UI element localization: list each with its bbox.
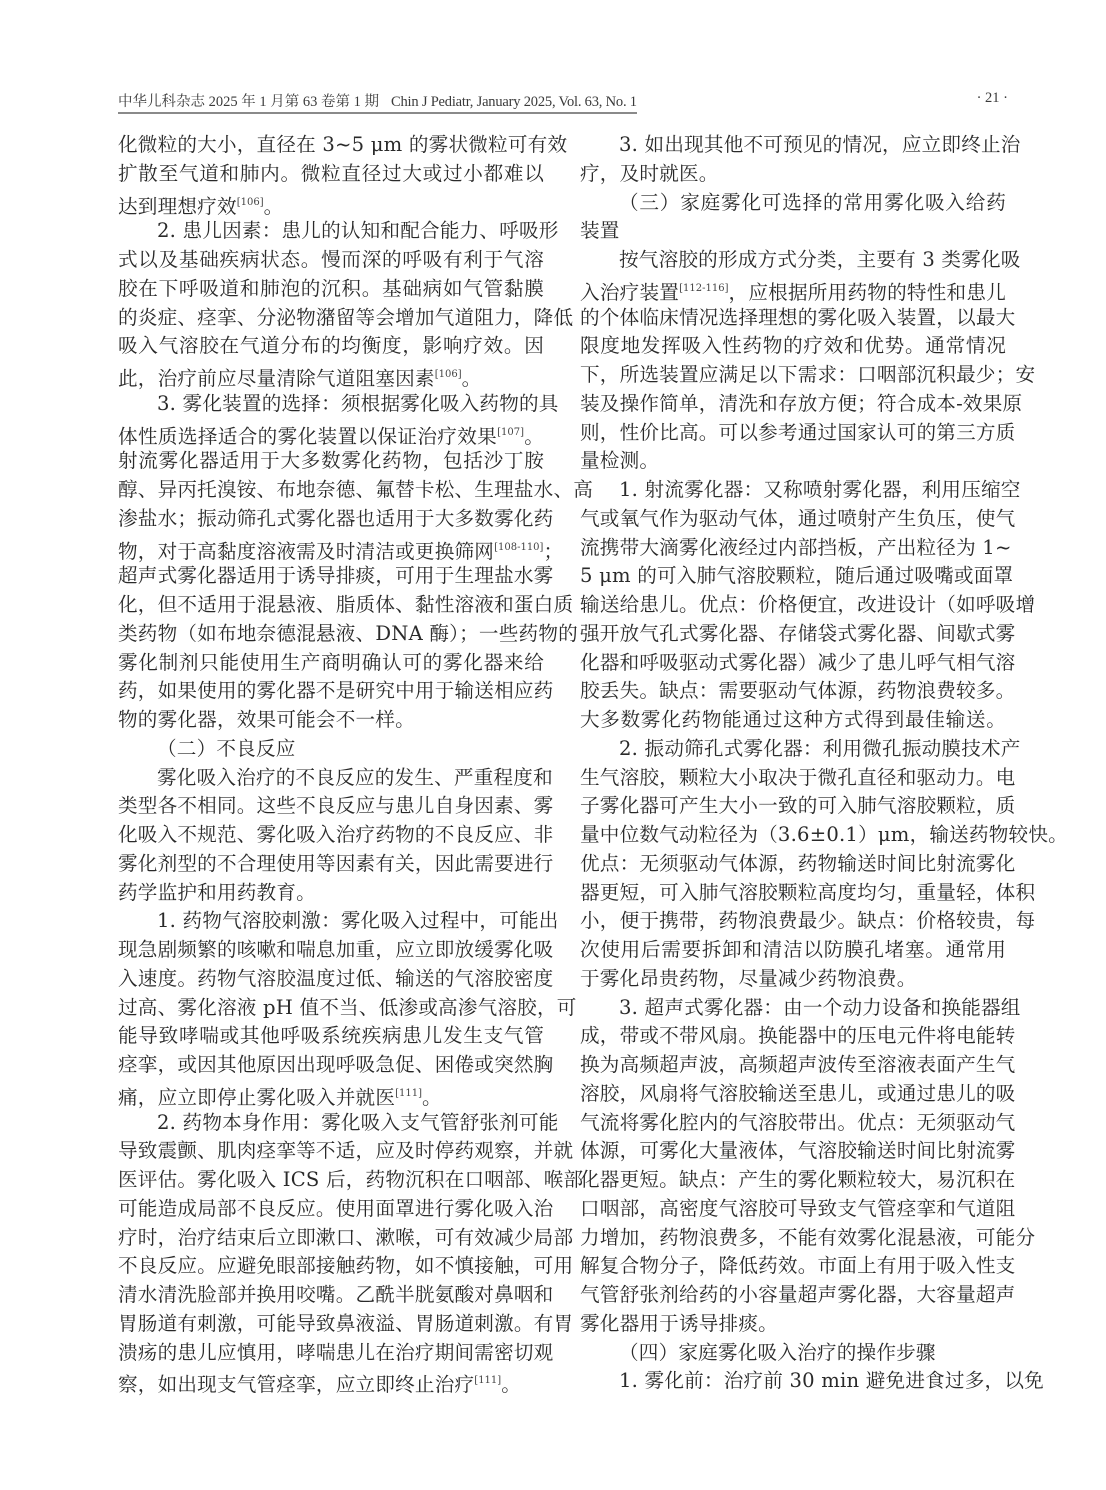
- text-line: 雾化吸入治疗的不良反应的发生、严重程度和: [118, 764, 544, 793]
- line-text: 现急剧频繁的咳嗽和喘息加重，应立即放缓雾化吸: [118, 938, 553, 961]
- line-text: 2. 振动筛孔式雾化器：利用微孔振动膜技术产: [619, 737, 1021, 760]
- line-text: 渗盐水；振动筛孔式雾化器也适用于大多数雾化药: [118, 507, 553, 530]
- line-text: 气流将雾化腔内的气溶胶带出。优点：无须驱动气: [580, 1111, 1015, 1134]
- line-text: 入治疗装置: [580, 281, 679, 304]
- text-line: 类型各不相同。这些不良反应与患儿自身因素、雾: [118, 792, 544, 821]
- line-text: 导致震颤、肌肉痉挛等不适，应及时停药观察，并就: [118, 1139, 573, 1162]
- text-line: 限度地发挥吸入性药物的疗效和优势。通常情况: [580, 332, 1006, 361]
- line-text: 察，如出现支气管痉挛，应立即终止治疗: [118, 1373, 474, 1396]
- text-line: 2. 振动筛孔式雾化器：利用微孔振动膜技术产: [580, 735, 1006, 764]
- text-line: 2. 药物本身作用：雾化吸入支气管舒张剂可能: [118, 1109, 544, 1138]
- text-line: （三）家庭雾化可选择的常用雾化吸入给药: [580, 189, 1006, 218]
- line-text: 溃疡的患儿应慎用，哮喘患儿在治疗期间需密切观: [118, 1341, 553, 1364]
- line-text: 的个体临床情况选择理想的雾化吸入装置，以最大: [580, 306, 1015, 329]
- text-line: 力增加，药物浪费多，不能有效雾化混悬液，可能分: [580, 1224, 1006, 1253]
- text-line: 气或氧气作为驱动气体，通过喷射产生负压，使气: [580, 505, 1006, 534]
- text-line: 器更短，可入肺气溶胶颗粒高度均匀，重量轻，体积: [580, 879, 1006, 908]
- running-header: 中华儿科杂志 2025 年 1 月第 63 卷第 1 期Chin J Pedia…: [118, 88, 1008, 112]
- line-text: 子雾化器可产生大小一致的可入肺气溶胶颗粒，质: [580, 794, 1015, 817]
- line-text: 类药物（如布地奈德混悬液、DNA 酶）；一些药物的: [118, 622, 578, 645]
- text-line: 化器和呼吸驱动式雾化器）减少了患儿呼气相气溶: [580, 649, 1006, 678]
- line-text-after-ref: 。: [462, 367, 482, 390]
- text-line: 吸入气溶胶在气道分布的均衡度，影响疗效。因: [118, 332, 544, 361]
- text-line: 3. 雾化装置的选择：须根据雾化吸入药物的具: [118, 390, 544, 419]
- text-line: 则，性价比高。可以参考通过国家认可的第三方质: [580, 419, 1006, 448]
- line-text: 装及操作简单，清洗和存放方便；符合成本-效果原: [580, 392, 1022, 415]
- line-text: 过高、雾化溶液 pH 值不当、低渗或高渗气溶胶，可: [118, 996, 577, 1019]
- line-text: 口咽部，高密度气溶胶可导致支气管痉挛和气道阻: [580, 1197, 1015, 1220]
- line-text: 物，对于高黏度溶液需及时清洁或更换筛网: [118, 540, 494, 563]
- line-text: 优点：无须驱动气体源，药物输送时间比射流雾化: [580, 852, 1015, 875]
- line-text: 次使用后需要拆卸和清洁以防膜孔堵塞。通常用: [580, 938, 1006, 961]
- text-line: 装及操作简单，清洗和存放方便；符合成本-效果原: [580, 390, 1006, 419]
- text-line: 物，对于高黏度溶液需及时清洁或更换筛网[108-110]；: [118, 534, 544, 563]
- text-line: 次使用后需要拆卸和清洁以防膜孔堵塞。通常用: [580, 936, 1006, 965]
- line-text: 解复合物分子，降低药效。市面上有用于吸入性支: [580, 1254, 1015, 1277]
- text-line: 药，如果使用的雾化器不是研究中用于输送相应药: [118, 677, 544, 706]
- text-line: 现急剧频繁的咳嗽和喘息加重，应立即放缓雾化吸: [118, 936, 544, 965]
- citation-ref: [111]: [474, 1375, 501, 1386]
- text-line: 痉挛，或因其他原因出现呼吸急促、困倦或突然胸: [118, 1051, 544, 1080]
- text-line: 量检测。: [580, 447, 1006, 476]
- text-line: 输送给患儿。优点：价格便宜，改进设计（如呼吸增: [580, 591, 1006, 620]
- line-text: 力增加，药物浪费多，不能有效雾化混悬液，可能分: [580, 1226, 1035, 1249]
- line-text: 吸入气溶胶在气道分布的均衡度，影响疗效。因: [118, 334, 544, 357]
- line-text: 达到理想疗效: [118, 195, 237, 218]
- text-line: 小，便于携带，药物浪费最少。缺点：价格较贵，每: [580, 907, 1006, 936]
- line-text: 气或氧气作为驱动气体，通过喷射产生负压，使气: [580, 507, 1015, 530]
- line-text: 疗时，治疗结束后立即漱口、漱喉，可有效减少局部: [118, 1226, 573, 1249]
- text-line: 1. 雾化前：治疗前 30 min 避免进食过多，以免: [580, 1367, 1006, 1396]
- line-text: 输送给患儿。优点：价格便宜，改进设计（如呼吸增: [580, 593, 1035, 616]
- text-line: 溶胶，风扇将气溶胶输送至患儿，或通过患儿的吸: [580, 1080, 1006, 1109]
- line-text: 化吸入不规范、雾化吸入治疗药物的不良反应、非: [118, 823, 553, 846]
- text-line: 下，所选装置应满足以下需求：口咽部沉积最少；安: [580, 361, 1006, 390]
- line-text-after-ref: 。: [422, 1086, 442, 1109]
- line-text: 2. 患儿因素：患儿的认知和配合能力、呼吸形: [157, 219, 559, 242]
- citation-ref: [108-110]: [494, 542, 543, 553]
- line-text: 清水清洗脸部并换用咬嘴。乙酰半胱氨酸对鼻咽和: [118, 1283, 553, 1306]
- left-column: 化微粒的大小，直径在 3~5 μm 的雾状微粒可有效扩散至气道和肺内。微粒直径过…: [118, 131, 544, 1396]
- line-text: 可能造成局部不良反应。使用面罩进行雾化吸入治: [118, 1197, 553, 1220]
- text-line: 雾化剂型的不合理使用等因素有关，因此需要进行: [118, 850, 544, 879]
- text-line: 解复合物分子，降低药效。市面上有用于吸入性支: [580, 1252, 1006, 1281]
- text-line: 的炎症、痉挛、分泌物潴留等会增加气道阻力，降低: [118, 304, 544, 333]
- line-text: （三）家庭雾化可选择的常用雾化吸入给药: [619, 191, 1006, 214]
- text-line: 清水清洗脸部并换用咬嘴。乙酰半胱氨酸对鼻咽和: [118, 1281, 544, 1310]
- line-text: 换为高频超声波，高频超声波传至溶液表面产生气: [580, 1053, 1015, 1076]
- text-line: 雾化制剂只能使用生产商明确认可的雾化器来给: [118, 649, 544, 678]
- line-text: 入速度。药物气溶胶温度过低、输送的气溶胶密度: [118, 967, 553, 990]
- text-line: 不良反应。应避免眼部接触药物，如不慎接触，可用: [118, 1252, 544, 1281]
- text-line: 醇、异丙托溴铵、布地奈德、氟替卡松、生理盐水、高: [118, 476, 544, 505]
- text-line: 3. 如出现其他不可预见的情况，应立即终止治: [580, 131, 1006, 160]
- line-text: 痉挛，或因其他原因出现呼吸急促、困倦或突然胸: [118, 1053, 553, 1076]
- text-line: 体性质选择适合的雾化装置以保证治疗效果[107]。: [118, 419, 544, 448]
- line-text: 量检测。: [580, 449, 659, 472]
- line-text: 类型各不相同。这些不良反应与患儿自身因素、雾: [118, 794, 553, 817]
- text-line: 1. 药物气溶胶刺激：雾化吸入过程中，可能出: [118, 907, 544, 936]
- line-text: 超声式雾化器适用于诱导排痰，可用于生理盐水雾: [118, 564, 553, 587]
- line-text: 能导致哮喘或其他呼吸系统疾病患儿发生支气管: [118, 1024, 544, 1047]
- line-text: 物的雾化器，效果可能会不一样。: [118, 708, 415, 731]
- text-line: （四）家庭雾化吸入治疗的操作步骤: [580, 1339, 1006, 1368]
- text-line: 能导致哮喘或其他呼吸系统疾病患儿发生支气管: [118, 1022, 544, 1051]
- page-number: · 21 ·: [977, 90, 1008, 107]
- line-text: 器更短，可入肺气溶胶颗粒高度均匀，重量轻，体积: [580, 881, 1035, 904]
- line-text: 化微粒的大小，直径在 3~5 μm 的雾状微粒可有效: [118, 133, 567, 156]
- line-text: 化器更短。缺点：产生的雾化颗粒较大，易沉积在: [580, 1168, 1015, 1191]
- line-text: 药学监护和用药教育。: [118, 881, 316, 904]
- line-text: 则，性价比高。可以参考通过国家认可的第三方质: [580, 421, 1015, 444]
- line-text-after-ref: ，应根据所用药物的特性和患儿: [728, 281, 1006, 304]
- text-line: 导致震颤、肌肉痉挛等不适，应及时停药观察，并就: [118, 1137, 544, 1166]
- text-line: 的个体临床情况选择理想的雾化吸入装置，以最大: [580, 304, 1006, 333]
- line-text: 雾化吸入治疗的不良反应的发生、严重程度和: [157, 766, 553, 789]
- line-text: 胃肠道有刺激，可能导致鼻液溢、胃肠道刺激。有胃: [118, 1312, 573, 1335]
- line-text: 雾化制剂只能使用生产商明确认可的雾化器来给: [118, 651, 544, 674]
- journal-title-en: Chin J Pediatr, January 2025, Vol. 63, N…: [391, 94, 637, 110]
- text-line: 渗盐水；振动筛孔式雾化器也适用于大多数雾化药: [118, 505, 544, 534]
- line-text: 药，如果使用的雾化器不是研究中用于输送相应药: [118, 679, 553, 702]
- citation-ref: [107]: [497, 427, 524, 438]
- text-line: 医评估。雾化吸入 ICS 后，药物沉积在口咽部、喉部: [118, 1166, 544, 1195]
- text-line: 达到理想疗效[106]。: [118, 189, 544, 218]
- line-text-after-ref: ；: [543, 540, 563, 563]
- text-line: 优点：无须驱动气体源，药物输送时间比射流雾化: [580, 850, 1006, 879]
- text-line: 口咽部，高密度气溶胶可导致支气管痉挛和气道阻: [580, 1195, 1006, 1224]
- journal-citation: 中华儿科杂志 2025 年 1 月第 63 卷第 1 期Chin J Pedia…: [118, 90, 637, 114]
- text-line: （二）不良反应: [118, 735, 544, 764]
- citation-ref: [106]: [237, 197, 264, 208]
- line-text: 限度地发挥吸入性药物的疗效和优势。通常情况: [580, 334, 1006, 357]
- line-text: 小，便于携带，药物浪费最少。缺点：价格较贵，每: [580, 909, 1035, 932]
- line-text: 于雾化昂贵药物，尽量减少药物浪费。: [580, 967, 917, 990]
- text-line: 药学监护和用药教育。: [118, 879, 544, 908]
- citation-ref: [112-116]: [679, 283, 728, 294]
- citation-ref: [111]: [395, 1088, 422, 1099]
- text-line: 雾化器用于诱导排痰。: [580, 1310, 1006, 1339]
- line-text: 胶丢失。缺点：需要驱动气体源，药物浪费较多。: [580, 679, 1015, 702]
- line-text-after-ref: 。: [524, 425, 544, 448]
- line-text: 3. 雾化装置的选择：须根据雾化吸入药物的具: [157, 392, 559, 415]
- line-text: （四）家庭雾化吸入治疗的操作步骤: [619, 1341, 936, 1364]
- text-line: 生气溶胶，颗粒大小取决于微孔直径和驱动力。电: [580, 764, 1006, 793]
- line-text: 体性质选择适合的雾化装置以保证治疗效果: [118, 425, 497, 448]
- text-line: 2. 患儿因素：患儿的认知和配合能力、呼吸形: [118, 217, 544, 246]
- line-text: 化器和呼吸驱动式雾化器）减少了患儿呼气相气溶: [580, 651, 1015, 674]
- text-line: 胶在下呼吸道和肺泡的沉积。基础病如气管黏膜: [118, 275, 544, 304]
- text-line: 气流将雾化腔内的气溶胶带出。优点：无须驱动气: [580, 1109, 1006, 1138]
- text-line: 化微粒的大小，直径在 3~5 μm 的雾状微粒可有效: [118, 131, 544, 160]
- text-line: 可能造成局部不良反应。使用面罩进行雾化吸入治: [118, 1195, 544, 1224]
- text-line: 化吸入不规范、雾化吸入治疗药物的不良反应、非: [118, 821, 544, 850]
- line-text: 体源，可雾化大量液体，气溶胶输送时间比射流雾: [580, 1139, 1015, 1162]
- line-text: 式以及基础疾病状态。慢而深的呼吸有利于气溶: [118, 248, 544, 271]
- text-line: 胃肠道有刺激，可能导致鼻液溢、胃肠道刺激。有胃: [118, 1310, 544, 1339]
- line-text: 成，带或不带风扇。换能器中的压电元件将电能转: [580, 1024, 1015, 1047]
- text-line: 物的雾化器，效果可能会不一样。: [118, 706, 544, 735]
- line-text: 射流雾化器适用于大多数雾化药物，包括沙丁胺: [118, 449, 544, 472]
- text-line: 装置: [580, 217, 1006, 246]
- text-line: 入治疗装置[112-116]，应根据所用药物的特性和患儿: [580, 275, 1006, 304]
- line-text: 1. 雾化前：治疗前 30 min 避免进食过多，以免: [619, 1369, 1044, 1392]
- text-line: 体源，可雾化大量液体，气溶胶输送时间比射流雾: [580, 1137, 1006, 1166]
- line-text: 5 μm 的可入肺气溶胶颗粒，随后通过吸嘴或面罩: [580, 564, 1013, 587]
- text-line: 换为高频超声波，高频超声波传至溶液表面产生气: [580, 1051, 1006, 1080]
- line-text: 3. 如出现其他不可预见的情况，应立即终止治: [619, 133, 1021, 156]
- text-line: 察，如出现支气管痉挛，应立即终止治疗[111]。: [118, 1367, 544, 1396]
- line-text: 雾化器用于诱导排痰。: [580, 1312, 778, 1335]
- line-text: 流携带大滴雾化液经过内部挡板，产出粒径为 1~: [580, 536, 1012, 559]
- line-text: 量中位数气动粒径为（3.6±0.1）μm，输送药物较快。: [580, 823, 1068, 846]
- line-text: 扩散至气道和肺内。微粒直径过大或过小都难以: [118, 162, 544, 185]
- text-line: 气管舒张剂给药的小容量超声雾化器，大容量超声: [580, 1281, 1006, 1310]
- text-line: 痛，应立即停止雾化吸入并就医[111]。: [118, 1080, 544, 1109]
- text-line: 式以及基础疾病状态。慢而深的呼吸有利于气溶: [118, 246, 544, 275]
- journal-title-cn: 中华儿科杂志 2025 年 1 月第 63 卷第 1 期: [118, 94, 379, 110]
- line-text: 医评估。雾化吸入 ICS 后，药物沉积在口咽部、喉部: [118, 1168, 583, 1191]
- line-text: 胶在下呼吸道和肺泡的沉积。基础病如气管黏膜: [118, 277, 544, 300]
- text-line: 超声式雾化器适用于诱导排痰，可用于生理盐水雾: [118, 562, 544, 591]
- text-line: 3. 超声式雾化器：由一个动力设备和换能器组: [580, 994, 1006, 1023]
- line-text: 化，但不适用于混悬液、脂质体、黏性溶液和蛋白质: [118, 593, 573, 616]
- line-text: 痛，应立即停止雾化吸入并就医: [118, 1086, 395, 1109]
- line-text: （二）不良反应: [157, 737, 296, 760]
- text-line: 于雾化昂贵药物，尽量减少药物浪费。: [580, 965, 1006, 994]
- line-text: 强开放气孔式雾化器、存储袋式雾化器、间歇式雾: [580, 622, 1015, 645]
- text-line: 扩散至气道和肺内。微粒直径过大或过小都难以: [118, 160, 544, 189]
- text-line: 5 μm 的可入肺气溶胶颗粒，随后通过吸嘴或面罩: [580, 562, 1006, 591]
- line-text: 此，治疗前应尽量清除气道阻塞因素: [118, 367, 435, 390]
- line-text: 按气溶胶的形成方式分类，主要有 3 类雾化吸: [619, 248, 1021, 271]
- line-text: 装置: [580, 219, 620, 242]
- line-text: 大多数雾化药物能通过这种方式得到最佳输送。: [580, 708, 1006, 731]
- text-line: 强开放气孔式雾化器、存储袋式雾化器、间歇式雾: [580, 620, 1006, 649]
- line-text: 1. 药物气溶胶刺激：雾化吸入过程中，可能出: [157, 909, 559, 932]
- line-text: 醇、异丙托溴铵、布地奈德、氟替卡松、生理盐水、高: [118, 478, 593, 501]
- line-text: 不良反应。应避免眼部接触药物，如不慎接触，可用: [118, 1254, 573, 1277]
- text-line: 子雾化器可产生大小一致的可入肺气溶胶颗粒，质: [580, 792, 1006, 821]
- text-line: 量中位数气动粒径为（3.6±0.1）μm，输送药物较快。: [580, 821, 1006, 850]
- text-line: 成，带或不带风扇。换能器中的压电元件将电能转: [580, 1022, 1006, 1051]
- text-line: 入速度。药物气溶胶温度过低、输送的气溶胶密度: [118, 965, 544, 994]
- line-text: 生气溶胶，颗粒大小取决于微孔直径和驱动力。电: [580, 766, 1015, 789]
- line-text-after-ref: 。: [264, 195, 284, 218]
- text-line: 1. 射流雾化器：又称喷射雾化器，利用压缩空: [580, 476, 1006, 505]
- line-text: 气管舒张剂给药的小容量超声雾化器，大容量超声: [580, 1283, 1015, 1306]
- text-line: 类药物（如布地奈德混悬液、DNA 酶）；一些药物的: [118, 620, 544, 649]
- line-text: 的炎症、痉挛、分泌物潴留等会增加气道阻力，降低: [118, 306, 573, 329]
- line-text: 3. 超声式雾化器：由一个动力设备和换能器组: [619, 996, 1021, 1019]
- text-line: 溃疡的患儿应慎用，哮喘患儿在治疗期间需密切观: [118, 1339, 544, 1368]
- text-line: 疗，及时就医。: [580, 160, 1006, 189]
- text-line: 流携带大滴雾化液经过内部挡板，产出粒径为 1~: [580, 534, 1006, 563]
- citation-ref: [106]: [435, 369, 462, 380]
- text-line: 此，治疗前应尽量清除气道阻塞因素[106]。: [118, 361, 544, 390]
- text-line: 过高、雾化溶液 pH 值不当、低渗或高渗气溶胶，可: [118, 994, 544, 1023]
- right-column: 3. 如出现其他不可预见的情况，应立即终止治疗，及时就医。（三）家庭雾化可选择的…: [580, 131, 1006, 1396]
- line-text-after-ref: 。: [501, 1373, 521, 1396]
- line-text: 1. 射流雾化器：又称喷射雾化器，利用压缩空: [619, 478, 1021, 501]
- text-line: 射流雾化器适用于大多数雾化药物，包括沙丁胺: [118, 447, 544, 476]
- text-line: 大多数雾化药物能通过这种方式得到最佳输送。: [580, 706, 1006, 735]
- line-text: 疗，及时就医。: [580, 162, 719, 185]
- line-text: 下，所选装置应满足以下需求：口咽部沉积最少；安: [580, 363, 1035, 386]
- line-text: 2. 药物本身作用：雾化吸入支气管舒张剂可能: [157, 1111, 559, 1134]
- line-text: 雾化剂型的不合理使用等因素有关，因此需要进行: [118, 852, 553, 875]
- text-line: 疗时，治疗结束后立即漱口、漱喉，可有效减少局部: [118, 1224, 544, 1253]
- text-line: 化，但不适用于混悬液、脂质体、黏性溶液和蛋白质: [118, 591, 544, 620]
- text-line: 胶丢失。缺点：需要驱动气体源，药物浪费较多。: [580, 677, 1006, 706]
- text-line: 化器更短。缺点：产生的雾化颗粒较大，易沉积在: [580, 1166, 1006, 1195]
- text-line: 按气溶胶的形成方式分类，主要有 3 类雾化吸: [580, 246, 1006, 275]
- line-text: 溶胶，风扇将气溶胶输送至患儿，或通过患儿的吸: [580, 1082, 1015, 1105]
